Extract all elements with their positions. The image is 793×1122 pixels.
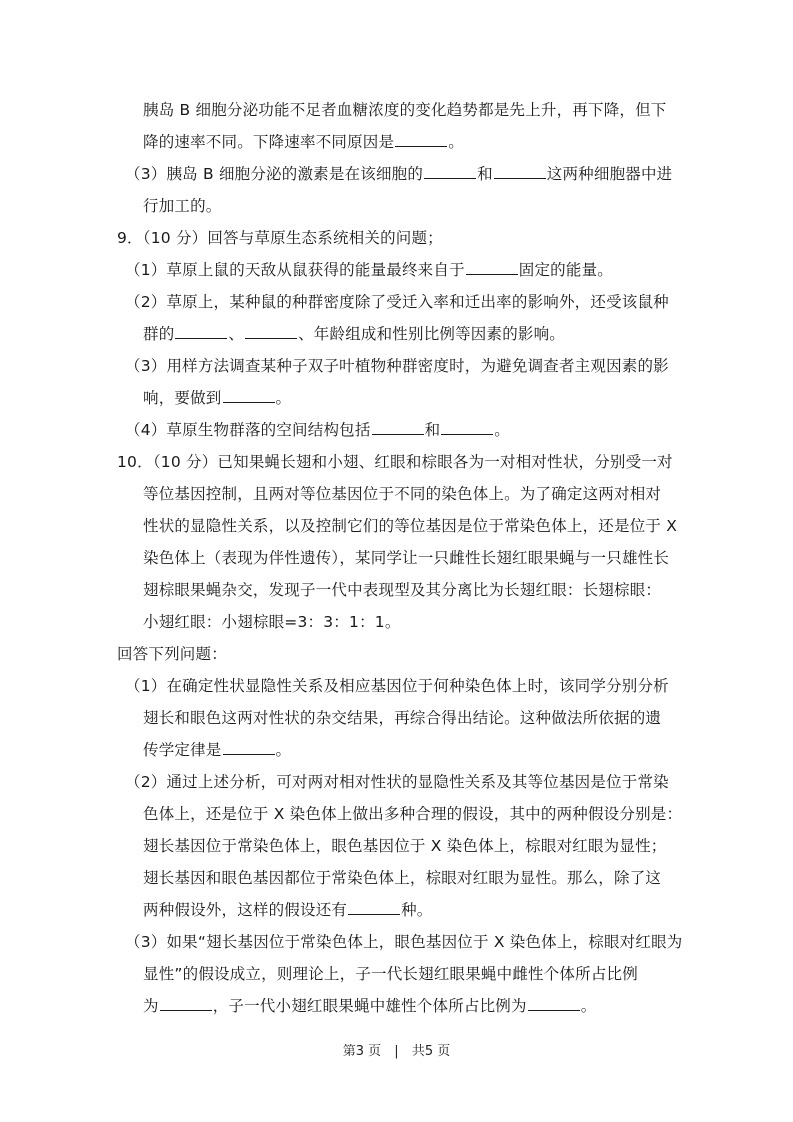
text-segment: 为 bbox=[143, 997, 159, 1015]
answer-blank bbox=[160, 996, 212, 1011]
text-segment: 、 bbox=[228, 325, 244, 343]
text-segment: 。 bbox=[448, 133, 464, 151]
text-segment: 10．（10 分）已知果蝇长翅和小翅、红眼和棕眼各为一对相对性状，分别受一对 bbox=[117, 453, 673, 471]
answer-blank bbox=[395, 132, 447, 147]
text-segment: （1）在确定性状显隐性关系及相应基因位于何种染色体上时，该同学分别分析 bbox=[125, 677, 669, 695]
text-segment: 染色体上（表现为伴性遗传），某同学让一只雌性长翅红眼果蝇与一只雄性长 bbox=[143, 549, 669, 567]
text-segment: 降的速率不同。下降速率不同原因是 bbox=[143, 133, 394, 151]
text-segment: 传学定律是 bbox=[143, 741, 222, 759]
text-segment: （1）草原上鼠的天敌从鼠获得的能量最终来自于 bbox=[125, 261, 465, 279]
text-line: 回答下列问题： bbox=[117, 644, 227, 664]
text-line: 行加工的。 bbox=[143, 196, 222, 216]
text-segment: （3）用样方法调查某种子双子叶植物种群密度时，为避免调查者主观因素的影 bbox=[125, 357, 669, 375]
text-line: 群的、、年龄组成和性别比例等因素的影响。 bbox=[143, 324, 565, 344]
answer-blank bbox=[441, 420, 493, 435]
current-page-label: 第3 页 bbox=[343, 1044, 381, 1059]
answer-blank bbox=[372, 420, 424, 435]
text-line: （2）草原上，某种鼠的种群密度除了受迁入率和迁出率的影响外，还受该鼠种 bbox=[125, 292, 669, 312]
answer-blank bbox=[348, 900, 400, 915]
text-line: 传学定律是。 bbox=[143, 740, 291, 760]
document-page: 胰岛 B 细胞分泌功能不足者血糖浓度的变化趋势都是先上升，再下降，但下降的速率不… bbox=[0, 0, 793, 1122]
text-segment: 种。 bbox=[401, 901, 432, 919]
text-segment: 色体上，还是位于 X 染色体上做出多种合理的假设，其中的两种假设分别是： bbox=[143, 805, 682, 823]
text-segment: 小翅红眼：小翅棕眼=3：3：1：1。 bbox=[143, 613, 401, 631]
text-segment: 和 bbox=[477, 165, 493, 183]
footer-separator: | bbox=[394, 1044, 398, 1059]
text-segment: 这两种细胞器中进 bbox=[547, 165, 673, 183]
text-line: 小翅红眼：小翅棕眼=3：3：1：1。 bbox=[143, 612, 401, 632]
text-segment: （2）草原上，某种鼠的种群密度除了受迁入率和迁出率的影响外，还受该鼠种 bbox=[125, 293, 669, 311]
text-line: 翅长基因位于常染色体上，眼色基因位于 X 染色体上，棕眼对红眼为显性； bbox=[143, 836, 666, 856]
text-segment: 翅长基因位于常染色体上，眼色基因位于 X 染色体上，棕眼对红眼为显性； bbox=[143, 837, 666, 855]
text-segment: （3）如果“翅长基因位于常染色体上，眼色基因位于 X 染色体上，棕眼对红眼为 bbox=[125, 933, 682, 951]
text-segment: 。 bbox=[494, 421, 510, 439]
text-segment: 群的 bbox=[143, 325, 174, 343]
total-pages-label: 共5 页 bbox=[412, 1044, 450, 1059]
answer-blank bbox=[466, 260, 518, 275]
answer-blank bbox=[175, 324, 227, 339]
text-segment: 固定的能量。 bbox=[519, 261, 613, 279]
text-segment: 、年龄组成和性别比例等因素的影响。 bbox=[298, 325, 565, 343]
text-line: （1）在确定性状显隐性关系及相应基因位于何种染色体上时，该同学分别分析 bbox=[125, 676, 669, 696]
text-line: 两种假设外，这样的假设还有种。 bbox=[143, 900, 433, 920]
text-line: 响，要做到。 bbox=[143, 388, 291, 408]
text-line: （3）如果“翅长基因位于常染色体上，眼色基因位于 X 染色体上，棕眼对红眼为 bbox=[125, 932, 682, 952]
text-line: （3）胰岛 B 细胞分泌的激素是在该细胞的和这两种细胞器中进 bbox=[125, 164, 672, 184]
text-segment: （3）胰岛 B 细胞分泌的激素是在该细胞的 bbox=[125, 165, 423, 183]
text-line: （4）草原生物群落的空间结构包括和。 bbox=[125, 420, 510, 440]
answer-blank bbox=[528, 996, 580, 1011]
text-segment: 回答下列问题： bbox=[117, 645, 227, 663]
answer-blank bbox=[223, 388, 275, 403]
text-segment: 9．（10 分）回答与草原生态系统相关的问题； bbox=[117, 229, 443, 247]
text-segment: 性状的显隐性关系，以及控制它们的等位基因是位于常染色体上，还是位于 X bbox=[143, 517, 677, 535]
text-segment: 翅长和眼色这两对性状的杂交结果，再综合得出结论。这种做法所依据的遗 bbox=[143, 709, 661, 727]
page-footer: 第3 页 | 共5 页 bbox=[0, 1040, 793, 1059]
text-segment: 。 bbox=[276, 741, 292, 759]
answer-blank bbox=[245, 324, 297, 339]
text-segment: （4）草原生物群落的空间结构包括 bbox=[125, 421, 371, 439]
text-segment: 。 bbox=[276, 389, 292, 407]
answer-blank bbox=[494, 164, 546, 179]
answer-blank bbox=[424, 164, 476, 179]
text-segment: 翅棕眼果蝇杂交，发现子一代中表现型及其分离比为长翅红眼：长翅棕眼： bbox=[143, 581, 661, 599]
text-line: 等位基因控制，且两对等位基因位于不同的染色体上。为了确定这两对相对 bbox=[143, 484, 661, 504]
text-line: （3）用样方法调查某种子双子叶植物种群密度时，为避免调查者主观因素的影 bbox=[125, 356, 669, 376]
text-line: 色体上，还是位于 X 染色体上做出多种合理的假设，其中的两种假设分别是： bbox=[143, 804, 682, 824]
text-segment: 两种假设外，这样的假设还有 bbox=[143, 901, 347, 919]
text-line: 降的速率不同。下降速率不同原因是。 bbox=[143, 132, 464, 152]
text-line: 翅棕眼果蝇杂交，发现子一代中表现型及其分离比为长翅红眼：长翅棕眼： bbox=[143, 580, 661, 600]
answer-blank bbox=[223, 740, 275, 755]
text-line: 翅长和眼色这两对性状的杂交结果，再综合得出结论。这种做法所依据的遗 bbox=[143, 708, 661, 728]
text-line: （1）草原上鼠的天敌从鼠获得的能量最终来自于固定的能量。 bbox=[125, 260, 613, 280]
text-line: 性状的显隐性关系，以及控制它们的等位基因是位于常染色体上，还是位于 X bbox=[143, 516, 677, 536]
text-line: 显性”的假设成立，则理论上，子一代长翅红眼果蝇中雌性个体所占比例 bbox=[143, 964, 638, 984]
text-segment: 翅长基因和眼色基因都位于常染色体上，棕眼对红眼为显性。那么，除了这 bbox=[143, 869, 661, 887]
text-segment: 显性”的假设成立，则理论上，子一代长翅红眼果蝇中雌性个体所占比例 bbox=[143, 965, 638, 983]
text-line: 翅长基因和眼色基因都位于常染色体上，棕眼对红眼为显性。那么，除了这 bbox=[143, 868, 661, 888]
text-line: 胰岛 B 细胞分泌功能不足者血糖浓度的变化趋势都是先上升，再下降，但下 bbox=[143, 100, 667, 120]
text-segment: 和 bbox=[425, 421, 441, 439]
text-segment: （2）通过上述分析，可对两对相对性状的显隐性关系及其等位基因是位于常染 bbox=[125, 773, 669, 791]
text-segment: ，子一代小翅红眼果蝇中雄性个体所占比例为 bbox=[213, 997, 527, 1015]
text-line: （2）通过上述分析，可对两对相对性状的显隐性关系及其等位基因是位于常染 bbox=[125, 772, 669, 792]
text-line: 染色体上（表现为伴性遗传），某同学让一只雌性长翅红眼果蝇与一只雄性长 bbox=[143, 548, 669, 568]
text-segment: 响，要做到 bbox=[143, 389, 222, 407]
text-segment: 。 bbox=[581, 997, 597, 1015]
text-segment: 行加工的。 bbox=[143, 197, 222, 215]
text-line: 9．（10 分）回答与草原生态系统相关的问题； bbox=[117, 228, 443, 248]
text-line: 为，子一代小翅红眼果蝇中雄性个体所占比例为。 bbox=[143, 996, 596, 1016]
text-segment: 等位基因控制，且两对等位基因位于不同的染色体上。为了确定这两对相对 bbox=[143, 485, 661, 503]
text-segment: 胰岛 B 细胞分泌功能不足者血糖浓度的变化趋势都是先上升，再下降，但下 bbox=[143, 101, 667, 119]
text-line: 10．（10 分）已知果蝇长翅和小翅、红眼和棕眼各为一对相对性状，分别受一对 bbox=[117, 452, 673, 472]
